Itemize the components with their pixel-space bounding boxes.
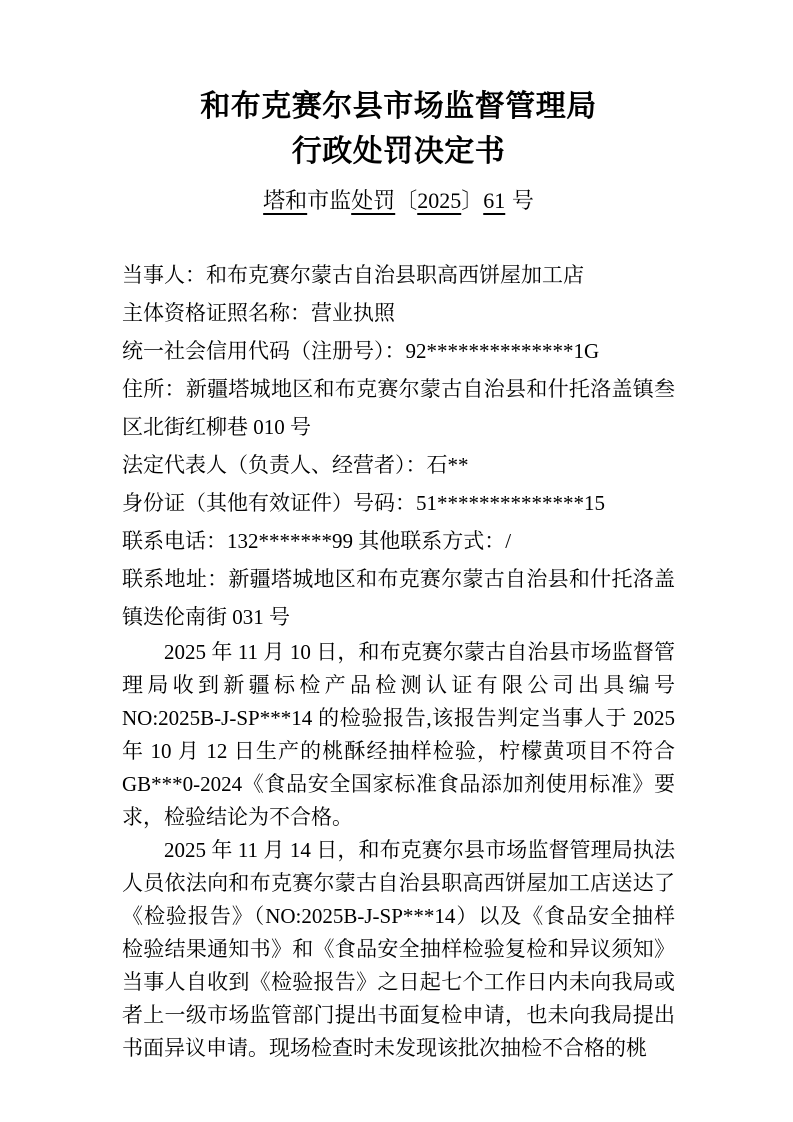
document-title-type: 行政处罚决定书 bbox=[122, 129, 675, 174]
doc-number-suffix: 号 bbox=[512, 188, 534, 213]
legal-representative-line: 法定代表人（负责人、经营者）：石** bbox=[122, 446, 675, 484]
credit-code-line: 统一社会信用代码（注册号）：92**************1G bbox=[122, 332, 675, 370]
doc-number: 塔和市监处罚〔2025〕61号 bbox=[122, 186, 675, 216]
id-number-line: 身份证（其他有效证件）号码：51**************15 bbox=[122, 484, 675, 522]
residence-line: 住所：新疆塔城地区和布克赛尔蒙古自治县和什托洛盖镇叁区北街红柳巷 010 号 bbox=[122, 370, 675, 446]
penalty-decision-page: 和布克赛尔县市场监督管理局 行政处罚决定书 塔和市监处罚〔2025〕61号 当事… bbox=[0, 0, 793, 1122]
doc-number-bracket-close: 〕 bbox=[461, 188, 483, 213]
doc-number-agency-abbr: 塔和 bbox=[263, 188, 307, 213]
paragraph-inspection-report: 2025 年 11 月 10 日，和布克赛尔蒙古自治县市场监督管理局收到新疆标检… bbox=[122, 636, 675, 834]
document-body: 当事人：和布克赛尔蒙古自治县职高西饼屋加工店 主体资格证照名称：营业执照 统一社… bbox=[122, 256, 675, 1065]
doc-number-bracket-open: 〔 bbox=[395, 188, 417, 213]
doc-number-year: 2025 bbox=[417, 188, 461, 213]
license-name-line: 主体资格证照名称：营业执照 bbox=[122, 294, 675, 332]
doc-number-serial: 61 bbox=[483, 188, 505, 213]
paragraph-delivery-and-objection: 2025 年 11 月 14 日，和布克赛尔县市场监督管理局执法人员依法向和布克… bbox=[122, 834, 675, 1065]
contact-address-line: 联系地址：新疆塔城地区和布克赛尔蒙古自治县和什托洛盖镇迭伦南街 031 号 bbox=[122, 560, 675, 636]
doc-number-type: 处罚 bbox=[351, 188, 395, 213]
document-title-agency: 和布克赛尔县市场监督管理局 bbox=[122, 84, 675, 129]
phone-line: 联系电话：132*******99 其他联系方式：/ bbox=[122, 522, 675, 560]
doc-number-middle: 市监 bbox=[307, 188, 351, 213]
party-line: 当事人：和布克赛尔蒙古自治县职高西饼屋加工店 bbox=[122, 256, 675, 294]
